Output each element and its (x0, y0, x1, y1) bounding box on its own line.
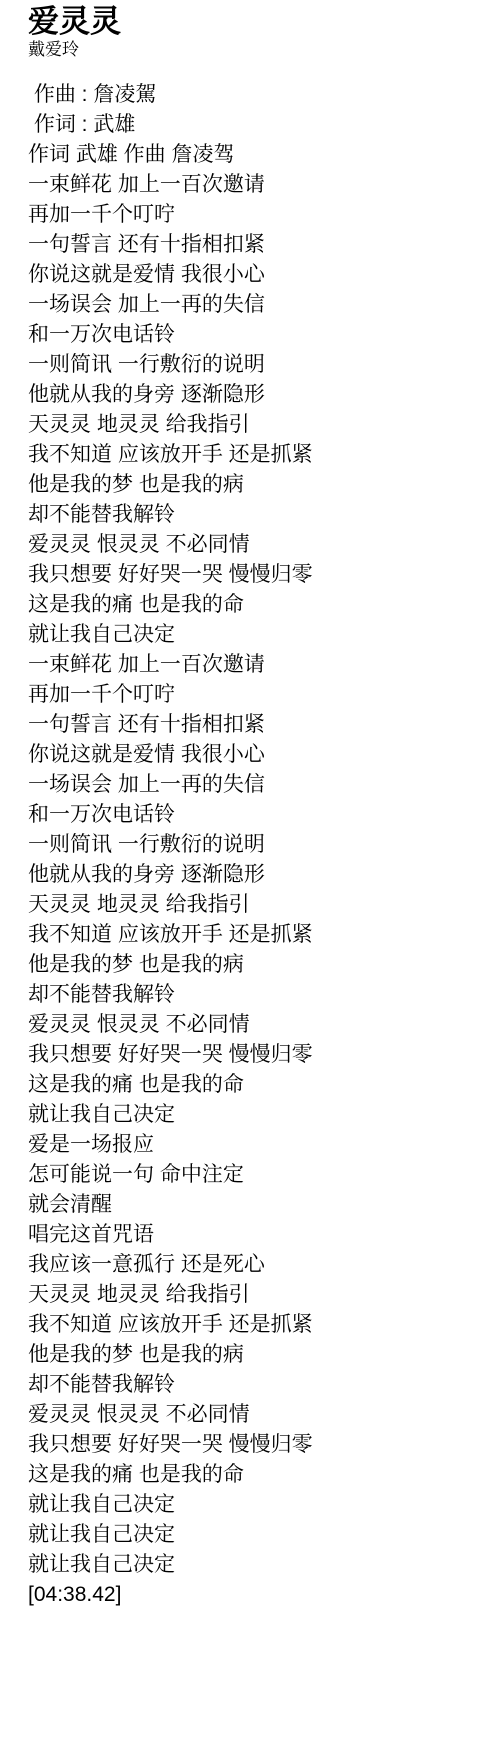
lyric-line: 却不能替我解铃 (28, 980, 490, 1010)
lyric-line: 我应该一意孤行 还是死心 (28, 1250, 490, 1280)
lyric-line: 一句誓言 还有十指相扣紧 (28, 230, 490, 260)
lyric-line: 我只想要 好好哭一哭 慢慢归零 (28, 1430, 490, 1460)
lyric-line: 这是我的痛 也是我的命 (28, 1070, 490, 1100)
lyric-line: 这是我的痛 也是我的命 (28, 590, 490, 620)
lyric-line: 却不能替我解铃 (28, 1370, 490, 1400)
lyric-line: 再加一千个叮咛 (28, 680, 490, 710)
lyric-line: 就让我自己决定 (28, 1550, 490, 1580)
lyric-line: 一则简讯 一行敷衍的说明 (28, 350, 490, 380)
lyric-line: 你说这就是爱情 我很小心 (28, 740, 490, 770)
lyric-line: 我只想要 好好哭一哭 慢慢归零 (28, 1040, 490, 1070)
lyric-line: 就让我自己决定 (28, 1100, 490, 1130)
lyric-line: 一场误会 加上一再的失信 (28, 770, 490, 800)
lyric-line: 一束鲜花 加上一百次邀请 (28, 650, 490, 680)
credit-line: 作词 : 武雄 (28, 110, 490, 140)
lyric-line: 爱是一场报应 (28, 1130, 490, 1160)
lyric-line: 他是我的梦 也是我的病 (28, 470, 490, 500)
lyric-line: 一束鲜花 加上一百次邀请 (28, 170, 490, 200)
lyric-line: 一则简讯 一行敷衍的说明 (28, 830, 490, 860)
lyric-line: 天灵灵 地灵灵 给我指引 (28, 410, 490, 440)
lyric-line: 他是我的梦 也是我的病 (28, 950, 490, 980)
lyric-line: 就让我自己决定 (28, 1490, 490, 1520)
lyric-line: 却不能替我解铃 (28, 500, 490, 530)
lyric-line: 天灵灵 地灵灵 给我指引 (28, 1280, 490, 1310)
lyric-line: 天灵灵 地灵灵 给我指引 (28, 890, 490, 920)
lyric-line: 他就从我的身旁 逐渐隐形 (28, 860, 490, 890)
lyric-line: 我不知道 应该放开手 还是抓紧 (28, 440, 490, 470)
lyric-line: 你说这就是爱情 我很小心 (28, 260, 490, 290)
lyric-line: 我不知道 应该放开手 还是抓紧 (28, 920, 490, 950)
lyric-line: 他是我的梦 也是我的病 (28, 1340, 490, 1370)
lyric-line: 再加一千个叮咛 (28, 200, 490, 230)
lyric-line: 就会清醒 (28, 1190, 490, 1220)
lyrics-page: 爱灵灵 戴爱玲 作曲 : 詹凌駕 作词 : 武雄 作词 武雄 作曲 詹凌驾一束鲜… (0, 0, 500, 1610)
lyric-line: 这是我的痛 也是我的命 (28, 1460, 490, 1490)
lyric-line: 爱灵灵 恨灵灵 不必同情 (28, 1400, 490, 1430)
lyric-line: 爱灵灵 恨灵灵 不必同情 (28, 1010, 490, 1040)
lyric-line: 我不知道 应该放开手 还是抓紧 (28, 1310, 490, 1340)
song-title: 爱灵灵 (28, 4, 490, 40)
lyric-line: 一场误会 加上一再的失信 (28, 290, 490, 320)
lyric-line: 怎可能说一句 命中注定 (28, 1160, 490, 1190)
lyric-line: 就让我自己决定 (28, 620, 490, 650)
lyric-line: 一句誓言 还有十指相扣紧 (28, 710, 490, 740)
lyric-line: 他就从我的身旁 逐渐隐形 (28, 380, 490, 410)
lyric-line: 唱完这首咒语 (28, 1220, 490, 1250)
lyric-line: 和一万次电话铃 (28, 320, 490, 350)
lyric-line: 就让我自己决定 (28, 1520, 490, 1550)
lyric-line: 我只想要 好好哭一哭 慢慢归零 (28, 560, 490, 590)
lyric-line: 作词 武雄 作曲 詹凌驾 (28, 140, 490, 170)
timestamp-line: [04:38.42] (28, 1580, 490, 1610)
credit-line: 作曲 : 詹凌駕 (28, 80, 490, 110)
lyric-line: 爱灵灵 恨灵灵 不必同情 (28, 530, 490, 560)
lyrics-block: 作词 武雄 作曲 詹凌驾一束鲜花 加上一百次邀请再加一千个叮咛一句誓言 还有十指… (28, 140, 490, 1580)
lyric-line: 和一万次电话铃 (28, 800, 490, 830)
artist-name: 戴爱玲 (28, 40, 490, 60)
credits-block: 作曲 : 詹凌駕 作词 : 武雄 (28, 80, 490, 140)
